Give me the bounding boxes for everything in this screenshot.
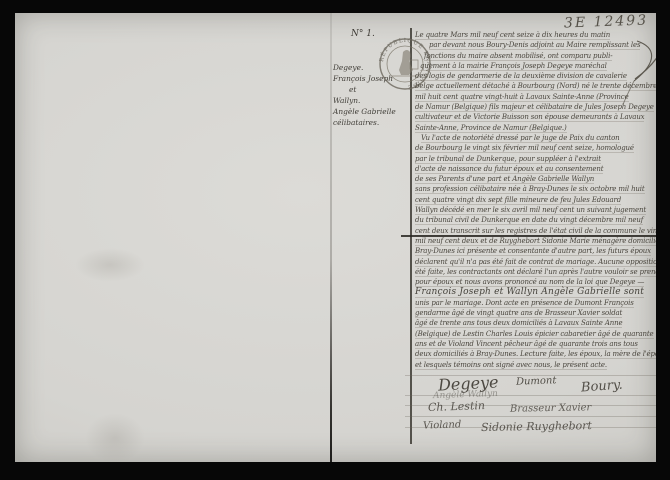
signature: Sidonie Ruyghebort <box>481 419 592 434</box>
act-text-line: été faite, les contractants ont déclaré … <box>415 267 656 277</box>
act-text-line: de Bourbourg le vingt six février mil ne… <box>415 143 656 153</box>
act-number: N° 1. <box>351 29 375 39</box>
act-text-line: deux domiciliés à Bray-Dunes. Lecture fa… <box>415 349 656 359</box>
margin-note-line: Wallyn. <box>333 95 409 106</box>
margin-note-line: célibataires. <box>333 117 409 128</box>
signature: Ch. Lestin <box>428 399 485 414</box>
act-text-line: d'acte de naissance du futur époux et au… <box>415 164 656 174</box>
paper-smudge <box>75 248 145 282</box>
act-text-line: pour époux et nous avons prononcé au nom… <box>415 277 656 287</box>
act-text-line: cultivateur et de Victorie Buisson son é… <box>415 112 656 122</box>
act-text-line: sans profession célibataire née à Bray-D… <box>415 184 656 194</box>
pen-flourish-stroke <box>585 15 656 105</box>
signature: Brasseur Xavier <box>510 402 591 414</box>
act-text-line: François Joseph et Wallyn Angèle Gabriel… <box>415 287 656 297</box>
page-gutter-fold <box>330 13 332 462</box>
act-text-line: Wallyn décédé en mer le six avril mil ne… <box>415 205 656 215</box>
act-text-line: gendarme âgé de vingt quatre ans de Bras… <box>415 308 656 318</box>
margin-note-line: Angèle Gabrielle <box>333 106 409 117</box>
marianne-figure <box>399 50 413 75</box>
act-text-line: cent quatre vingt dix sept fille mineure… <box>415 195 656 205</box>
act-text-line: déclarent qu'il n'a pas été fait de cont… <box>415 257 656 267</box>
act-text-line: Sainte-Anne, Province de Namur (Belgique… <box>415 123 656 133</box>
act-text-line: mil neuf cent deux et de Ruyghebort Sido… <box>415 236 656 246</box>
act-text-line: ans et de Violand Vincent pêcheur âgé de… <box>415 339 656 349</box>
register-double-page: N° 1. Degeye.François JosephetWallyn.Ang… <box>15 13 656 462</box>
act-text-line: du tribunal civil de Dunkerque en date d… <box>415 215 656 225</box>
act-text-line: âgé de trente ans tous deux domiciliés à… <box>415 318 656 328</box>
act-text-line: et lesquels témoins ont signé avec nous,… <box>415 360 656 370</box>
act-text-line: Bray-Dunes ici présente et consentante d… <box>415 246 656 256</box>
act-text-line: par le tribunal de Dunkerque, pour suppl… <box>415 154 656 164</box>
act-text-line: de ses Parents d'une part et Angèle Gabr… <box>415 174 656 184</box>
signature: Boury. <box>581 378 624 396</box>
signature: Dumont <box>516 375 557 387</box>
paper-smudge <box>85 413 145 462</box>
act-text-line: unis par le mariage. Dont acte en présen… <box>415 298 656 308</box>
act-text-line: Vu l'acte de notoriété dressé par le jug… <box>415 133 656 143</box>
film-splice-line <box>401 235 656 237</box>
act-text-line: (Belgique) de Lestin Charles Louis épici… <box>415 329 656 339</box>
signature-rule <box>405 416 656 417</box>
microfilm-photo: N° 1. Degeye.François JosephetWallyn.Ang… <box>0 0 670 480</box>
signature: Violand <box>423 419 462 431</box>
